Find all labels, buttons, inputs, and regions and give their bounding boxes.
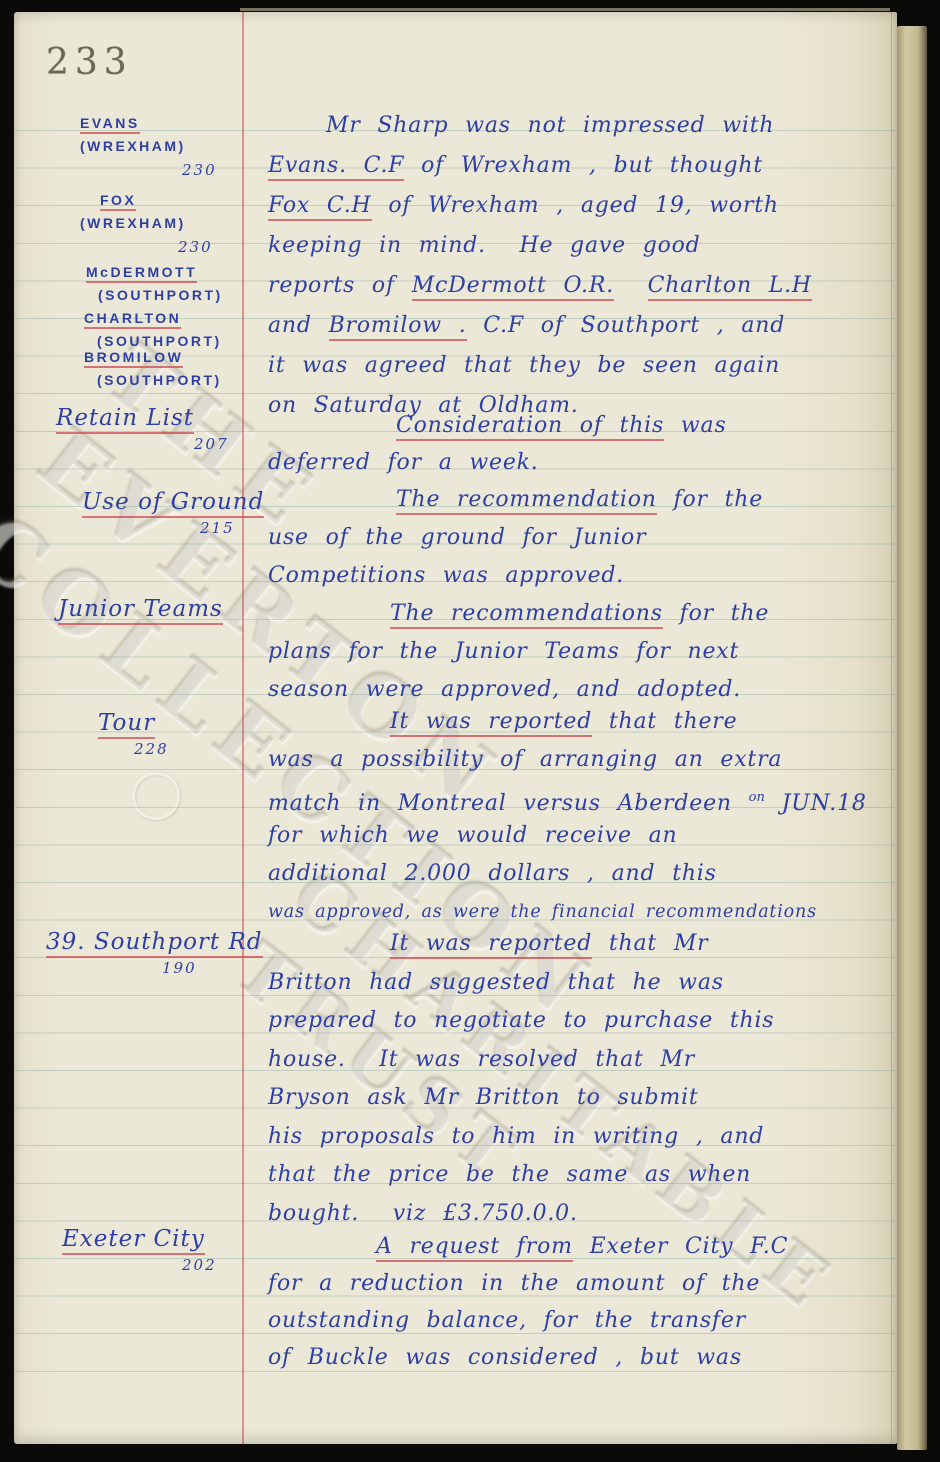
margin-heading-exeter-city: Exeter City202: [62, 1226, 217, 1277]
margin-ref-evans: 230: [80, 158, 217, 182]
handwritten-line: It was reported that Mr: [268, 925, 902, 964]
paragraph-junior-teams-minute: The recommendations for theplans for the…: [268, 595, 902, 709]
handwritten-line: The recommendations for the: [268, 595, 902, 633]
handwritten-line: keeping in mind. He gave good: [268, 226, 902, 266]
handwritten-line: Evans. C.F of Wrexham , but thought: [268, 146, 902, 186]
margin-heading-use-of-ground: Use of Ground215: [82, 489, 264, 540]
page-number: 233: [46, 42, 133, 83]
paragraph-exeter-city-minute: A request from Exeter City F.Cfor a redu…: [268, 1228, 902, 1376]
handwritten-line: house. It was resolved that Mr: [268, 1041, 902, 1080]
handwritten-line: Competitions was approved.: [268, 557, 902, 595]
handwritten-line: Fox C.H of Wrexham , aged 19, worth: [268, 186, 902, 226]
handwritten-line: The recommendation for the: [268, 481, 902, 519]
handwritten-line: deferred for a week.: [268, 444, 902, 481]
margin-ref-use-of-ground: 215: [82, 516, 264, 540]
handwritten-line: for which we would receive an: [268, 817, 902, 855]
margin-heading-line: 39. Southport Rd: [46, 929, 263, 956]
margin-heading-retain-list: Retain List207: [56, 405, 229, 456]
margin-ref-retain-list: 207: [56, 432, 229, 456]
margin-heading-line: BROMILOW: [84, 346, 222, 369]
handwritten-line: match in Montreal versus Aberdeen on JUN…: [268, 779, 902, 817]
red-margin-rule: [242, 12, 244, 1444]
paragraph-southport-rd-minute: It was reported that MrBritton had sugge…: [268, 925, 902, 1233]
margin-heading-line: McDERMOTT: [86, 261, 223, 284]
handwritten-line: reports of McDermott O.R. Charlton L.H: [268, 266, 902, 306]
page-behind-edge: [240, 8, 890, 11]
handwritten-line: that the price be the same as when: [268, 1156, 902, 1195]
margin-heading-fox: FOX(WREXHAM)230: [80, 189, 213, 259]
margin-heading-line: Exeter City: [62, 1226, 217, 1253]
paragraph-tour-minute: It was reported that therewas a possibil…: [268, 703, 902, 931]
handwritten-line: A request from Exeter City F.C: [268, 1228, 902, 1265]
handwritten-line: It was reported that there: [268, 703, 902, 741]
margin-heading-line: Use of Ground: [82, 489, 264, 516]
margin-heading-line: Retain List: [56, 405, 229, 432]
paragraph-retain-list-minute: Consideration of this wasdeferred for a …: [268, 407, 902, 481]
margin-heading-line: (SOUTHPORT): [84, 369, 222, 392]
margin-heading-tour: Tour228: [98, 710, 169, 761]
margin-ref-fox: 230: [80, 235, 213, 259]
handwritten-line: of Buckle was considered , but was: [268, 1339, 902, 1376]
handwritten-line: use of the ground for Junior: [268, 519, 902, 557]
handwritten-line: Consideration of this was: [268, 407, 902, 444]
margin-heading-mcdermott: McDERMOTT(SOUTHPORT): [86, 261, 223, 307]
margin-ref-exeter-city: 202: [62, 1253, 217, 1277]
paragraph-scouting-report: Mr Sharp was not impressed withEvans. C.…: [268, 106, 902, 426]
handwritten-line: outstanding balance, for the transfer: [268, 1302, 902, 1339]
margin-heading-line: EVANS: [80, 112, 217, 135]
handwritten-line: for a reduction in the amount of the: [268, 1265, 902, 1302]
margin-heading-line: (WREXHAM): [80, 135, 217, 158]
margin-heading-evans: EVANS(WREXHAM)230: [80, 112, 217, 182]
handwritten-line: and Bromilow . C.F of Southport , and: [268, 306, 902, 346]
margin-ref-southport-rd: 190: [46, 956, 263, 980]
handwritten-line: additional 2.000 dollars , and this: [268, 855, 902, 893]
handwritten-line: it was agreed that they be seen again: [268, 346, 902, 386]
paragraph-use-of-ground-minute: The recommendation for theuse of the gro…: [268, 481, 902, 595]
handwritten-line: was a possibility of arranging an extra: [268, 741, 902, 779]
margin-heading-line: (WREXHAM): [80, 212, 213, 235]
margin-heading-line: CHARLTON: [84, 307, 222, 330]
margin-heading-junior-teams: Junior Teams: [58, 596, 223, 623]
margin-heading-southport-rd: 39. Southport Rd190: [46, 929, 263, 980]
handwritten-line: his proposals to him in writing , and: [268, 1118, 902, 1157]
margin-ref-tour: 228: [98, 737, 169, 761]
ledger-scan: THE EVERTON COLLECTION CHARITABLE TRUST …: [0, 0, 940, 1462]
margin-heading-line: (SOUTHPORT): [86, 284, 223, 307]
margin-heading-line: Tour: [98, 710, 169, 737]
handwritten-line: Bryson ask Mr Britton to submit: [268, 1079, 902, 1118]
handwritten-line: plans for the Junior Teams for next: [268, 633, 902, 671]
margin-heading-line: FOX: [80, 189, 213, 212]
handwritten-line: Britton had suggested that he was: [268, 964, 902, 1003]
margin-heading-line: Junior Teams: [58, 596, 223, 623]
margin-heading-bromilow: BROMILOW(SOUTHPORT): [84, 346, 222, 392]
handwritten-line: prepared to negotiate to purchase this: [268, 1002, 902, 1041]
handwritten-line: Mr Sharp was not impressed with: [268, 106, 902, 146]
